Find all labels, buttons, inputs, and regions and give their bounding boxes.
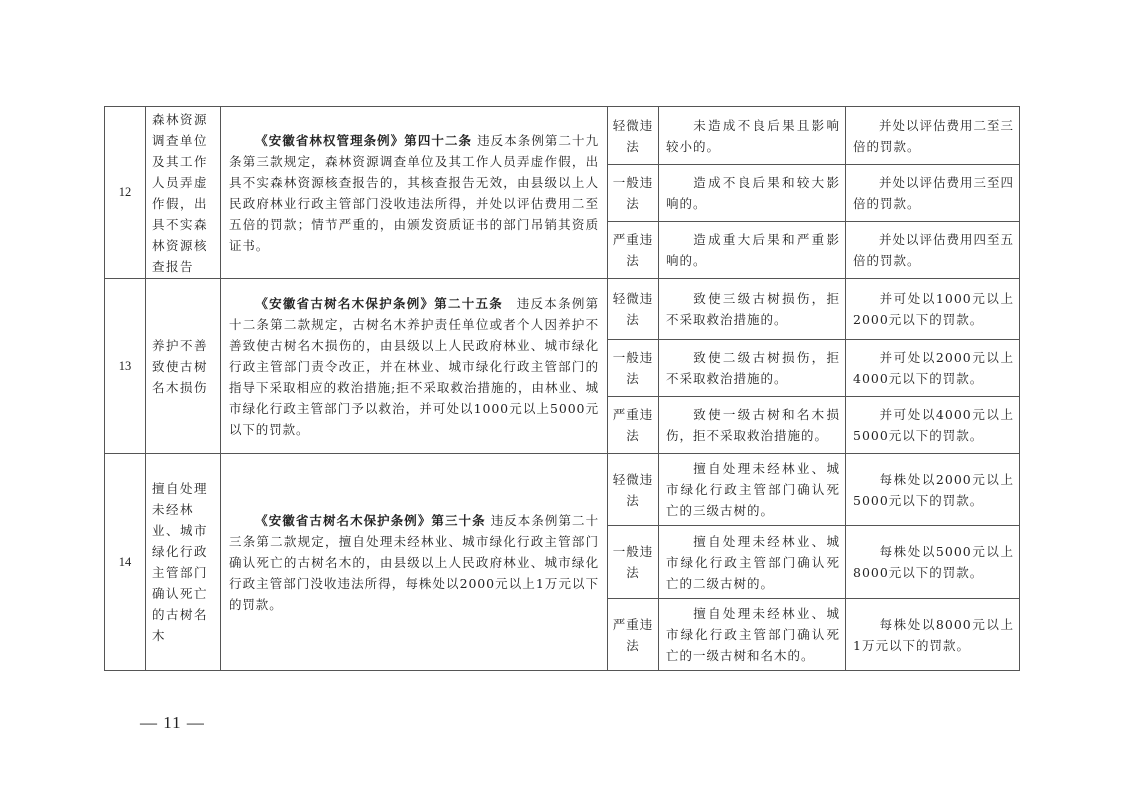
page-number: — 11 — <box>140 713 205 733</box>
circumstance: 造成不良后果和较大影响的。 <box>659 165 846 222</box>
level-label: 严重违法 <box>608 222 659 279</box>
legal-basis: 《安徽省林权管理条例》第四十二条 违反本条例第二十九条第三款规定，森林资源调查单… <box>221 107 608 279</box>
circumstance: 擅自处理未经林业、城市绿化行政主管部门确认死亡的二级古树的。 <box>659 526 846 599</box>
basis-text: 违反本条例第二十九条第三款规定，森林资源调查单位及其工作人员弄虚作假，出具不实森… <box>229 133 599 253</box>
level-label: 严重违法 <box>608 599 659 671</box>
level-label: 一般违法 <box>608 526 659 599</box>
level-label: 一般违法 <box>608 340 659 397</box>
penalty: 并处以评估费用四至五倍的罚款。 <box>846 222 1020 279</box>
violation-act: 养护不善致使古树名木损伤 <box>146 279 221 454</box>
row-number: 13 <box>105 279 146 454</box>
violation-act: 擅自处理未经林业、城市绿化行政主管部门确认死亡的古树名木 <box>146 454 221 671</box>
table-row-13: 13 养护不善致使古树名木损伤 《安徽省古树名木保护条例》第二十五条 违反本条例… <box>105 279 1020 340</box>
circumstance: 擅自处理未经林业、城市绿化行政主管部门确认死亡的一级古树和名木的。 <box>659 599 846 671</box>
row-number: 12 <box>105 107 146 279</box>
violation-act: 森林资源调查单位及其工作人员弄虚作假，出具不实森林资源核查报告 <box>146 107 221 279</box>
penalty: 每株处以2000元以上5000元以下的罚款。 <box>846 454 1020 526</box>
level-label: 一般违法 <box>608 165 659 222</box>
circumstance: 造成重大后果和严重影响的。 <box>659 222 846 279</box>
penalty: 并可处以2000元以上4000元以下的罚款。 <box>846 340 1020 397</box>
table-row-12: 12 森林资源调查单位及其工作人员弄虚作假，出具不实森林资源核查报告 《安徽省林… <box>105 107 1020 165</box>
document-page: 12 森林资源调查单位及其工作人员弄虚作假，出具不实森林资源核查报告 《安徽省林… <box>0 0 1122 793</box>
penalty: 并可处以4000元以上5000元以下的罚款。 <box>846 397 1020 454</box>
penalty: 每株处以5000元以上8000元以下的罚款。 <box>846 526 1020 599</box>
circumstance: 未造成不良后果且影响较小的。 <box>659 107 846 165</box>
penalty: 并处以评估费用三至四倍的罚款。 <box>846 165 1020 222</box>
basis-title: 《安徽省古树名木保护条例》第三十条 <box>255 513 486 528</box>
circumstance: 致使三级古树损伤，拒不采取救治措施的。 <box>659 279 846 340</box>
penalty: 并可处以1000元以上2000元以下的罚款。 <box>846 279 1020 340</box>
legal-basis: 《安徽省古树名木保护条例》第二十五条 违反本条例第十二条第二款规定，古树名木养护… <box>221 279 608 454</box>
penalty-discretion-table: 12 森林资源调查单位及其工作人员弄虚作假，出具不实森林资源核查报告 《安徽省林… <box>104 106 1020 671</box>
level-label: 严重违法 <box>608 397 659 454</box>
row-number: 14 <box>105 454 146 671</box>
level-label: 轻微违法 <box>608 107 659 165</box>
penalty: 并处以评估费用二至三倍的罚款。 <box>846 107 1020 165</box>
basis-title: 《安徽省林权管理条例》第四十二条 <box>255 133 472 148</box>
basis-title: 《安徽省古树名木保护条例》第二十五条 <box>255 296 503 311</box>
level-label: 轻微违法 <box>608 454 659 526</box>
basis-text: 违反本条例第十二条第二款规定，古树名木养护责任单位或者个人因养护不善致使古树名木… <box>229 296 599 437</box>
table-row-14: 14 擅自处理未经林业、城市绿化行政主管部门确认死亡的古树名木 《安徽省古树名木… <box>105 454 1020 526</box>
penalty: 每株处以8000元以上1万元以下的罚款。 <box>846 599 1020 671</box>
circumstance: 擅自处理未经林业、城市绿化行政主管部门确认死亡的三级古树的。 <box>659 454 846 526</box>
circumstance: 致使二级古树损伤，拒不采取救治措施的。 <box>659 340 846 397</box>
legal-basis: 《安徽省古树名木保护条例》第三十条 违反本条例第二十三条第二款规定，擅自处理未经… <box>221 454 608 671</box>
circumstance: 致使一级古树和名木损伤，拒不采取救治措施的。 <box>659 397 846 454</box>
level-label: 轻微违法 <box>608 279 659 340</box>
